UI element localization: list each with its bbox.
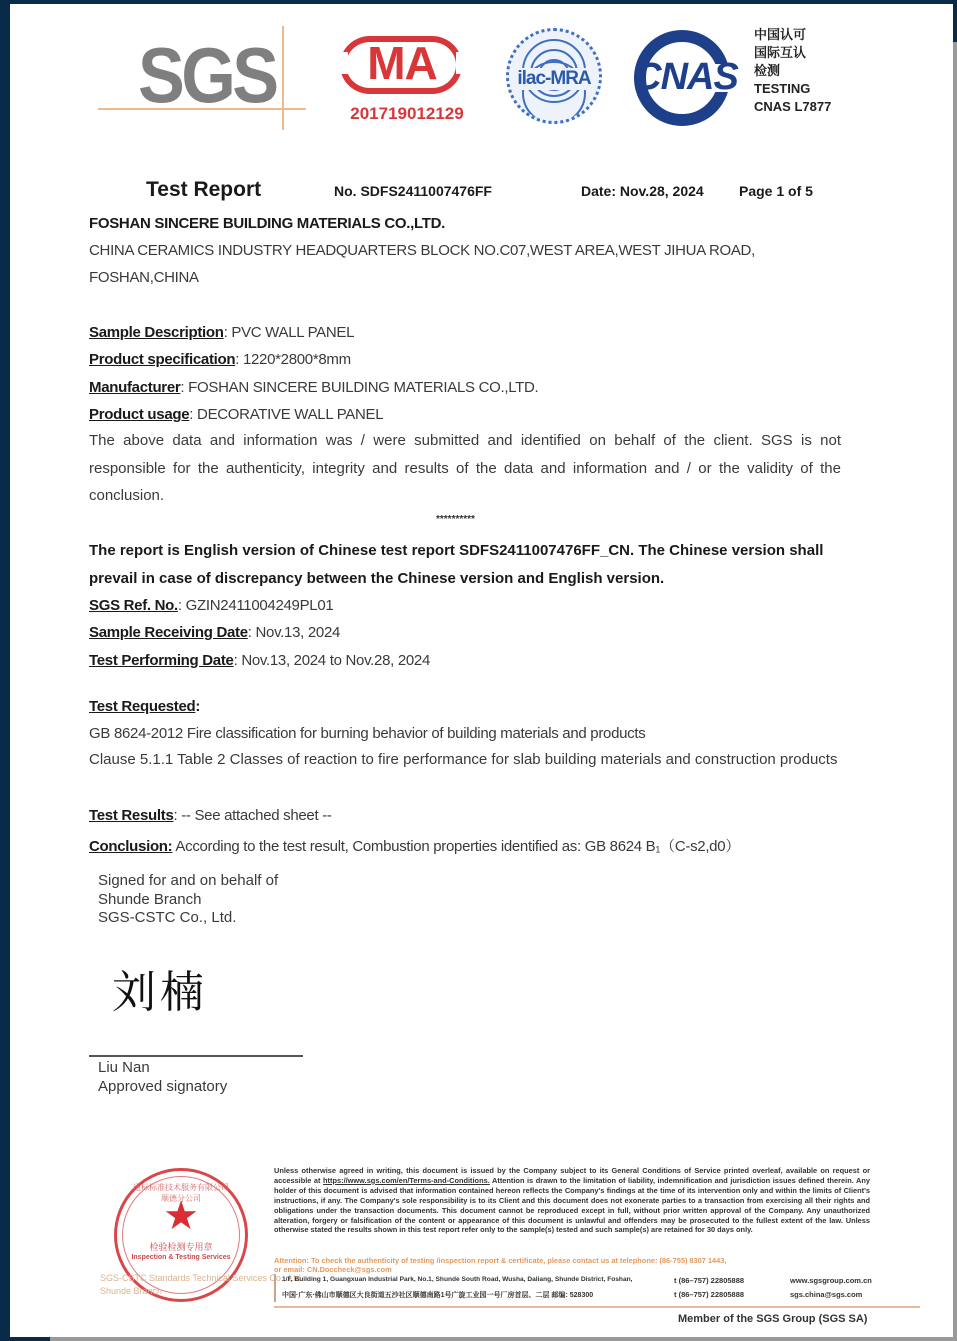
email-link[interactable]: sgs.china@sgs.com bbox=[790, 1290, 862, 1299]
report-number: No. SDFS2411007476FF bbox=[334, 183, 492, 199]
website-link[interactable]: www.sgsgroup.com.cn bbox=[790, 1276, 872, 1285]
sample-description-value: : PVC WALL PANEL bbox=[224, 324, 355, 341]
cnas-caption-line: 中国认可 bbox=[754, 26, 831, 44]
test-requested-colon: : bbox=[195, 698, 200, 715]
conclusion: Conclusion: According to the test result… bbox=[89, 835, 740, 856]
test-results-value: : -- See attached sheet -- bbox=[173, 807, 331, 824]
signed-for-line: Shunde Branch bbox=[98, 891, 278, 910]
product-specification: Product specification: 1220*2800*8mm bbox=[89, 351, 351, 368]
page-title: Test Report bbox=[146, 178, 261, 202]
test-results-label: Test Results bbox=[89, 807, 173, 824]
test-standard: GB 8624-2012 Fire classification for bur… bbox=[89, 725, 645, 742]
sgs-logo-vertical-line bbox=[282, 26, 284, 130]
signer-role: Approved signatory bbox=[98, 1077, 227, 1096]
signature-line bbox=[89, 1055, 303, 1057]
phone-2: t (86–757) 22805888 bbox=[674, 1290, 744, 1299]
cnas-caption-line: TESTING bbox=[754, 80, 831, 98]
sgs-logo-horizontal-line bbox=[98, 108, 306, 110]
version-note: The report is English version of Chinese… bbox=[89, 537, 841, 592]
test-requested: Test Requested: bbox=[89, 698, 200, 715]
conclusion-value: According to the test result, Combustion… bbox=[172, 838, 740, 855]
cnas-logo-text: CNAS bbox=[622, 58, 750, 96]
test-performing-label: Test Performing Date bbox=[89, 652, 234, 669]
cnas-caption-line: CNAS L7877 bbox=[754, 98, 831, 116]
client-name: FOSHAN SINCERE BUILDING MATERIALS CO.,LT… bbox=[89, 215, 445, 232]
cnas-caption: 中国认可 国际互认 检测 TESTING CNAS L7877 bbox=[754, 26, 831, 116]
sample-description-label: Sample Description bbox=[89, 324, 224, 341]
terms-link[interactable]: https://www.sgs.com/en/Terms-and-Conditi… bbox=[323, 1176, 490, 1185]
signed-for-line: SGS-CSTC Co., Ltd. bbox=[98, 909, 278, 928]
phone-1: t (86–757) 22805888 bbox=[674, 1276, 744, 1285]
handwritten-signature: 刘楠 bbox=[112, 956, 208, 1020]
cnas-logo: CNAS bbox=[622, 30, 750, 126]
scrollbar-thumb[interactable] bbox=[953, 0, 957, 42]
manufacturer-label: Manufacturer bbox=[89, 379, 180, 396]
test-results: Test Results: -- See attached sheet -- bbox=[89, 807, 332, 824]
cma-logo: MA 201719012129 bbox=[336, 32, 478, 127]
report-page: SGS MA 201719012129 ilac-MRA CNAS 中国认可 国… bbox=[10, 4, 953, 1337]
product-usage: Product usage: DECORATIVE WALL PANEL bbox=[89, 406, 383, 423]
test-requested-label: Test Requested bbox=[89, 698, 195, 715]
authenticity-email[interactable]: or email: CN.Doccheck@sgs.com bbox=[274, 1265, 870, 1274]
product-specification-value: : 1220*2800*8mm bbox=[235, 351, 351, 368]
page-number: Page 1 of 5 bbox=[739, 183, 813, 199]
product-usage-label: Product usage bbox=[89, 406, 189, 423]
test-performing-date: Test Performing Date: Nov.13, 2024 to No… bbox=[89, 652, 430, 669]
stamp-caption: SGS-CSTC Standards Technical Services Co… bbox=[100, 1272, 303, 1298]
product-usage-value: : DECORATIVE WALL PANEL bbox=[189, 406, 383, 423]
product-specification-label: Product specification bbox=[89, 351, 235, 368]
sgs-ref-value: : GZIN2411004249PL01 bbox=[178, 597, 334, 614]
sample-description: Sample Description: PVC WALL PANEL bbox=[89, 324, 354, 341]
sgs-group-member: Member of the SGS Group (SGS SA) bbox=[678, 1313, 867, 1325]
ilac-mra-text: ilac-MRA bbox=[509, 68, 599, 90]
address-en: 1/F, Building 1, Guangxuan Industrial Pa… bbox=[282, 1276, 632, 1283]
horizontal-scrollbar-thumb[interactable] bbox=[0, 1337, 50, 1341]
manufacturer: Manufacturer: FOSHAN SINCERE BUILDING MA… bbox=[89, 379, 538, 396]
star-icon: ★ bbox=[114, 1196, 248, 1236]
test-performing-value: : Nov.13, 2024 to Nov.28, 2024 bbox=[234, 652, 430, 669]
sgs-ref-no: SGS Ref. No.: GZIN2411004249PL01 bbox=[89, 597, 333, 614]
address-block: 1/F, Building 1, Guangxuan Industrial Pa… bbox=[274, 1274, 886, 1302]
signed-for-block: Signed for and on behalf of Shunde Branc… bbox=[98, 872, 278, 928]
disclaimer-paragraph: The above data and information was / wer… bbox=[89, 427, 841, 510]
cnas-caption-line: 检测 bbox=[754, 62, 831, 80]
stamp-caption-line: Shunde Branch bbox=[100, 1285, 303, 1298]
client-address-line2: FOSHAN,CHINA bbox=[89, 269, 199, 286]
stamp-caption-line: SGS-CSTC Standards Technical Services Co… bbox=[100, 1272, 303, 1285]
sample-receiving-value: : Nov.13, 2024 bbox=[248, 624, 340, 641]
cnas-caption-line: 国际互认 bbox=[754, 44, 831, 62]
conclusion-label: Conclusion: bbox=[89, 838, 172, 855]
client-address-line1: CHINA CERAMICS INDUSTRY HEADQUARTERS BLO… bbox=[89, 242, 755, 259]
manufacturer-value: : FOSHAN SINCERE BUILDING MATERIALS CO.,… bbox=[180, 379, 538, 396]
section-separator: ********** bbox=[436, 514, 475, 525]
signer-block: Liu Nan Approved signatory bbox=[98, 1058, 227, 1096]
test-clause: Clause 5.1.1 Table 2 Classes of reaction… bbox=[89, 746, 841, 774]
stamp-center-cn: 检验检测专用章 bbox=[114, 1240, 248, 1253]
cma-number: 201719012129 bbox=[336, 104, 478, 124]
address-cn: 中国·广东·佛山市顺德区大良街道五沙社区顺德南路1号广旋工业园一号厂房首层、二层… bbox=[282, 1290, 632, 1300]
report-title-row: Test Report No. SDFS2411007476FF Date: N… bbox=[10, 176, 953, 206]
authenticity-notice: Attention: To check the authenticity of … bbox=[274, 1256, 870, 1274]
signer-name: Liu Nan bbox=[98, 1058, 227, 1077]
sample-receiving-date: Sample Receiving Date: Nov.13, 2024 bbox=[89, 624, 340, 641]
sgs-logo-text: SGS bbox=[138, 36, 275, 114]
report-date: Date: Nov.28, 2024 bbox=[581, 183, 704, 199]
sample-receiving-label: Sample Receiving Date bbox=[89, 624, 248, 641]
header-logos: SGS MA 201719012129 ilac-MRA CNAS 中国认可 国… bbox=[10, 4, 953, 144]
sgs-ref-label: SGS Ref. No. bbox=[89, 597, 178, 614]
legal-terms: Unless otherwise agreed in writing, this… bbox=[274, 1166, 870, 1235]
sgs-logo: SGS bbox=[98, 26, 306, 126]
signed-for-line: Signed for and on behalf of bbox=[98, 872, 278, 891]
ilac-mra-logo: ilac-MRA bbox=[506, 28, 602, 124]
footer-divider bbox=[274, 1306, 920, 1308]
authenticity-notice-line: Attention: To check the authenticity of … bbox=[274, 1256, 870, 1265]
cma-logo-text: MA bbox=[346, 40, 458, 86]
window-frame-left bbox=[0, 0, 10, 1341]
stamp-center-en: Inspection & Testing Services bbox=[114, 1254, 248, 1261]
